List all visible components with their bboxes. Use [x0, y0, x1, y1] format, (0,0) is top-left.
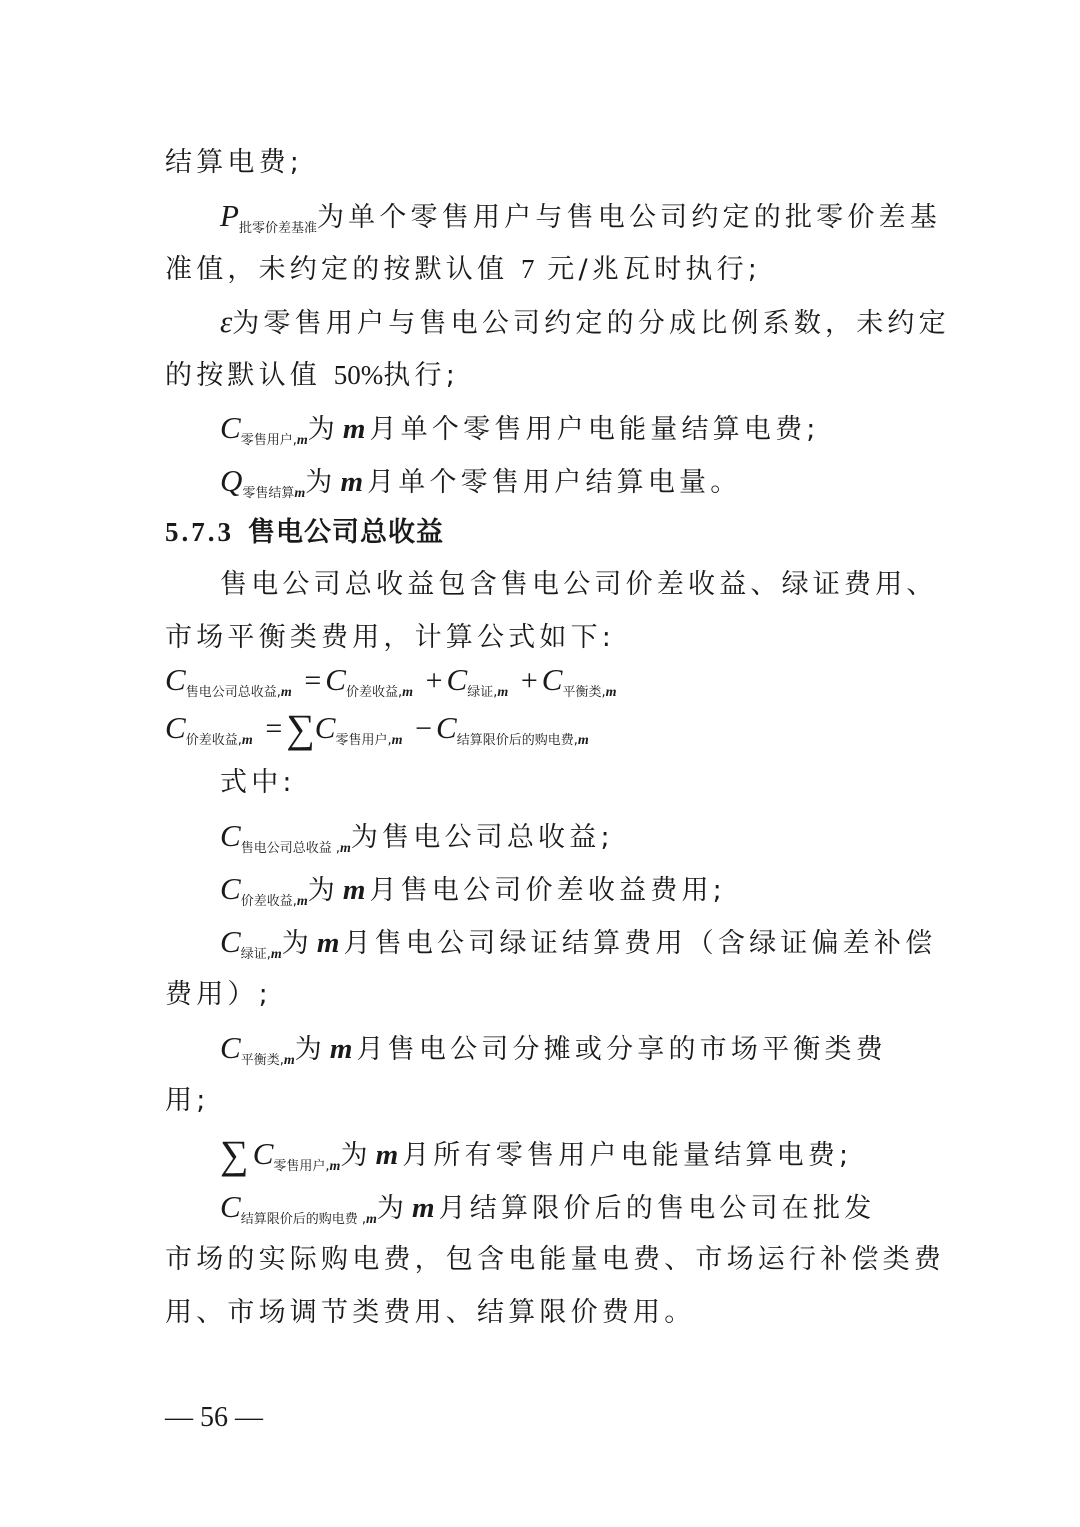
text: 为 — [308, 875, 339, 906]
variable-epsilon: ε — [220, 304, 232, 339]
variable-c: C — [165, 710, 186, 745]
text: 为 — [308, 414, 339, 445]
subscript: 平衡类,m — [241, 1053, 295, 1068]
text: 执行; — [383, 360, 459, 391]
text-line: 用、市场调节类费用、结算限价费用。 — [165, 1293, 917, 1333]
subscript: 零售用户,m — [241, 433, 308, 448]
definition-balancing: C平衡类,m为m月售电公司分摊或分享的市场平衡类费 — [220, 1028, 917, 1081]
subscript: 绿证,m — [467, 685, 508, 700]
variable-c: C — [220, 924, 241, 959]
text: 为 — [282, 928, 313, 959]
variable-c: C — [220, 871, 241, 906]
variable-c: C — [436, 710, 457, 745]
variable-c: C — [253, 1136, 274, 1171]
definition-green-cert: C绿证,m为m月售电公司绿证结算费用（含绿证偏差补偿 — [220, 922, 917, 975]
text: 用、市场调节类费用、结算限价费用。 — [165, 1297, 695, 1328]
text: 售电公司总收益包含售电公司价差收益、绿证费用、 — [220, 569, 938, 600]
text: 市场的实际购电费，包含电能量电费、市场运行补偿类费 — [165, 1244, 945, 1275]
intro-line-2: 市场平衡类费用，计算公式如下: — [165, 618, 917, 658]
text: 用; — [165, 1085, 210, 1116]
text: 为 — [340, 1140, 371, 1171]
text: 月所有零售用户电能量结算电费; — [402, 1140, 852, 1171]
subscript: 平衡类,m — [562, 685, 616, 700]
minus-sign: − — [415, 712, 432, 745]
document-page: 结算电费; P批零价差基准为单个零售用户与售电公司约定的批零价差基 准值，未约定… — [0, 0, 1080, 1527]
intro-line-1: 售电公司总收益包含售电公司价差收益、绿证费用、 — [220, 565, 917, 605]
text: 月结算限价后的售电公司在批发 — [439, 1193, 876, 1224]
default-ratio: 50% — [334, 360, 384, 390]
subscript: 价差收益,m — [186, 733, 253, 748]
plus-sign: + — [521, 664, 538, 697]
variable-m: m — [341, 466, 364, 498]
variable-c: C — [315, 710, 336, 745]
variable-m: m — [330, 1033, 353, 1065]
default-value: 7 — [521, 254, 535, 284]
text: 为 — [377, 1193, 408, 1224]
subscript: 零售用户,m — [335, 733, 402, 748]
definition-spread-revenue: C价差收益,m为m月售电公司价差收益费用; — [220, 869, 972, 922]
text-line: 结算电费; — [165, 143, 917, 183]
definition-sum-retail: ∑C零售用户,m为m月所有零售用户电能量结算电费; — [220, 1134, 972, 1187]
variable-q: Q — [220, 463, 242, 498]
subscript: 零售结算m — [242, 486, 305, 501]
sigma-icon: ∑ — [286, 706, 315, 751]
text-line: 费用）; — [165, 975, 917, 1015]
variable-m: m — [343, 413, 366, 445]
text: 月售电公司分摊或分享的市场平衡类费 — [356, 1034, 886, 1065]
variable-c: C — [220, 1189, 241, 1224]
variable-c: C — [542, 662, 563, 697]
text: 为零售用户与售电公司约定的分成比例系数，未约定 — [232, 308, 950, 339]
page-number: — 56 — — [165, 1402, 263, 1434]
subscript: 结算限价后的购电费 ,m — [241, 1212, 377, 1227]
text: 为 — [305, 467, 336, 498]
variable-c: C — [220, 1030, 241, 1065]
section-heading: 5.7.3售电公司总收益 — [165, 512, 917, 553]
subscript: 结算限价后的购电费,m — [457, 733, 589, 748]
where-label: 式中: — [220, 763, 972, 803]
text: 为 — [295, 1034, 326, 1065]
text: 的按默认值 — [165, 360, 321, 391]
text: 式中: — [220, 767, 296, 798]
text-line: 市场的实际购电费，包含电能量电费、市场运行补偿类费 — [165, 1240, 917, 1280]
text: 结算电费; — [165, 147, 303, 178]
variable-m: m — [343, 874, 366, 906]
definition-total-revenue: C售电公司总收益 ,m为售电公司总收益; — [220, 816, 972, 869]
variable-p: P — [220, 198, 239, 233]
subscript: 售电公司总收益,m — [186, 685, 292, 700]
subscript: 批零价差基准 — [239, 221, 317, 236]
text: 为单个零售用户与售电公司约定的批零价差基 — [317, 202, 941, 233]
text-line: 准值，未约定的按默认值 7 元/兆瓦时执行; — [165, 249, 917, 290]
text: 费用）; — [165, 979, 272, 1010]
variable-c: C — [325, 662, 346, 697]
definition-epsilon: ε为零售用户与售电公司约定的分成比例系数，未约定 — [220, 302, 917, 344]
section-title: 售电公司总收益 — [248, 517, 444, 548]
text: 元/兆瓦时执行; — [547, 254, 761, 285]
section-number: 5.7.3 — [165, 517, 234, 547]
variable-m: m — [317, 927, 340, 959]
definition-p-baseline: P批零价差基准为单个零售用户与售电公司约定的批零价差基 — [220, 196, 917, 249]
sigma-icon: ∑ — [220, 1132, 253, 1177]
text: 准值，未约定的按默认值 — [165, 254, 508, 285]
subscript: 绿证,m — [241, 947, 282, 962]
subscript: 价差收益,m — [346, 685, 413, 700]
variable-m: m — [412, 1192, 435, 1224]
definition-purchase-cost: C结算限价后的购电费 ,m为m月结算限价后的售电公司在批发 — [220, 1187, 917, 1240]
text: 为售电公司总收益; — [351, 822, 614, 853]
variable-c: C — [220, 410, 241, 445]
definition-q-retail: Q零售结算m为m月单个零售用户结算电量。 — [220, 461, 972, 514]
variable-c: C — [447, 662, 468, 697]
text: 市场平衡类费用，计算公式如下: — [165, 622, 615, 653]
variable-m: m — [376, 1139, 399, 1171]
equals-sign: = — [304, 664, 321, 697]
subscript: 零售用户,m — [273, 1159, 340, 1174]
subscript: 售电公司总收益 ,m — [241, 841, 351, 856]
equals-sign: = — [265, 712, 282, 745]
text: 月单个零售用户结算电量。 — [367, 467, 741, 498]
text: 月单个零售用户电能量结算电费; — [369, 414, 819, 445]
plus-sign: + — [426, 664, 443, 697]
text-line: 的按默认值 50%执行; — [165, 355, 917, 396]
formula-spread-revenue: C价差收益,m =∑C零售用户,m −C结算限价后的购电费,m — [165, 706, 589, 763]
variable-c: C — [220, 818, 241, 853]
subscript: 价差收益,m — [241, 894, 308, 909]
text: 月售电公司价差收益费用; — [369, 875, 726, 906]
text-line: 用; — [165, 1081, 917, 1121]
text: 月售电公司绿证结算费用（含绿证偏差补偿 — [343, 928, 936, 959]
definition-c-retail: C零售用户,m为m月单个零售用户电能量结算电费; — [220, 408, 972, 461]
variable-c: C — [165, 662, 186, 697]
